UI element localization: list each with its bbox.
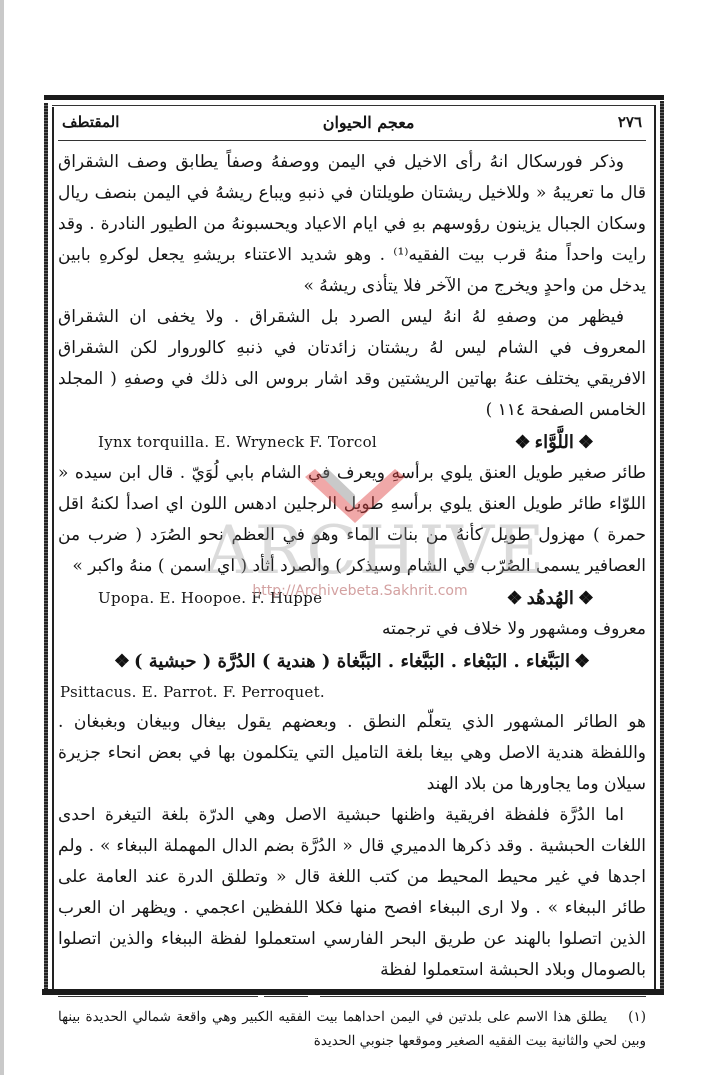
ornament-icon: ❖	[515, 432, 531, 453]
entry-latin-name: Iynx torquilla. E. Wryneck F. Torcol	[98, 433, 377, 451]
entry-title-wryneck: ❖ اللَّوَّاء ❖	[515, 432, 595, 453]
frame-left-border	[44, 103, 48, 995]
entry-arabic-name: الهُدهُد	[527, 588, 574, 609]
entry-title-hoopoe: ❖ الهُدهُد ❖	[507, 588, 594, 609]
ornament-icon: ❖	[114, 651, 130, 672]
footnote-rule	[58, 996, 646, 997]
page-number: ٢٧٦	[618, 113, 642, 131]
footnote-text: يطلق هذا الاسم على بلدتين في اليمن احداه…	[58, 1009, 646, 1049]
paragraph-shiqraq: فيظهر من وصفهِ لهُ انهُ ليس الصرد بل الش…	[58, 302, 646, 426]
entry-heading-parrot: ❖ البَبَّغاء . البَبْغاء . البَبَّغاء . …	[58, 645, 646, 677]
frame-top-border	[44, 95, 664, 100]
ornament-icon: ❖	[574, 651, 590, 672]
entry-text-hoopoe: معروف ومشهور ولا خلاف في ترجمته	[58, 614, 646, 645]
footnote-marker: (١)	[628, 1009, 646, 1025]
entry-title-parrot: ❖ البَبَّغاء . البَبْغاء . البَبَّغاء . …	[114, 651, 590, 672]
entry-heading-wryneck: ❖ اللَّوَّاء ❖ Iynx torquilla. E. Wrynec…	[58, 426, 646, 458]
ornament-icon: ❖	[507, 588, 523, 609]
entry-arabic-name: البَبَّغاء . البَبْغاء . البَبَّغاء . ال…	[134, 651, 570, 672]
ornament-icon: ❖	[578, 588, 594, 609]
frame-right-border	[660, 101, 664, 995]
entry-text-parrot: هو الطائر المشهور الذي يتعلّم النطق . وب…	[58, 707, 646, 800]
frame-inner-top-border	[52, 105, 656, 106]
paragraph-forskal: وذكر فورسكال انهُ رأى الاخيل في اليمن وو…	[58, 147, 646, 302]
header-rule	[58, 140, 646, 141]
paragraph-durra: اما الدُرَّة فلفظة افريقية واظنها حبشية …	[58, 800, 646, 986]
ornament-icon: ❖	[578, 432, 594, 453]
entry-arabic-name: اللَّوَّاء	[535, 432, 574, 453]
scan-edge	[0, 0, 4, 1075]
frame-left-inner-border	[52, 107, 54, 989]
entry-latin-name: Upopa. E. Hoopoe. F. Huppe	[98, 589, 322, 607]
footnote: (١) يطلق هذا الاسم على بلدتين في اليمن ا…	[58, 1005, 646, 1053]
running-header: ٢٧٦ معجم الحيوان المقتطف	[58, 108, 646, 136]
entry-heading-hoopoe: ❖ الهُدهُد ❖ Upopa. E. Hoopoe. F. Huppe	[58, 582, 646, 614]
page-content: ٢٧٦ معجم الحيوان المقتطف وذكر فورسكال ان…	[58, 108, 646, 1053]
entry-text-wryneck: طائر صغير طويل العنق يلوي برأسهِ ويعرف ف…	[58, 458, 646, 582]
journal-name: المقتطف	[62, 113, 119, 131]
page-title: معجم الحيوان	[323, 113, 415, 132]
frame-right-inner-border	[654, 105, 656, 989]
entry-latin-name-parrot: Psittacus. E. Parrot. F. Perroquet.	[58, 677, 646, 707]
